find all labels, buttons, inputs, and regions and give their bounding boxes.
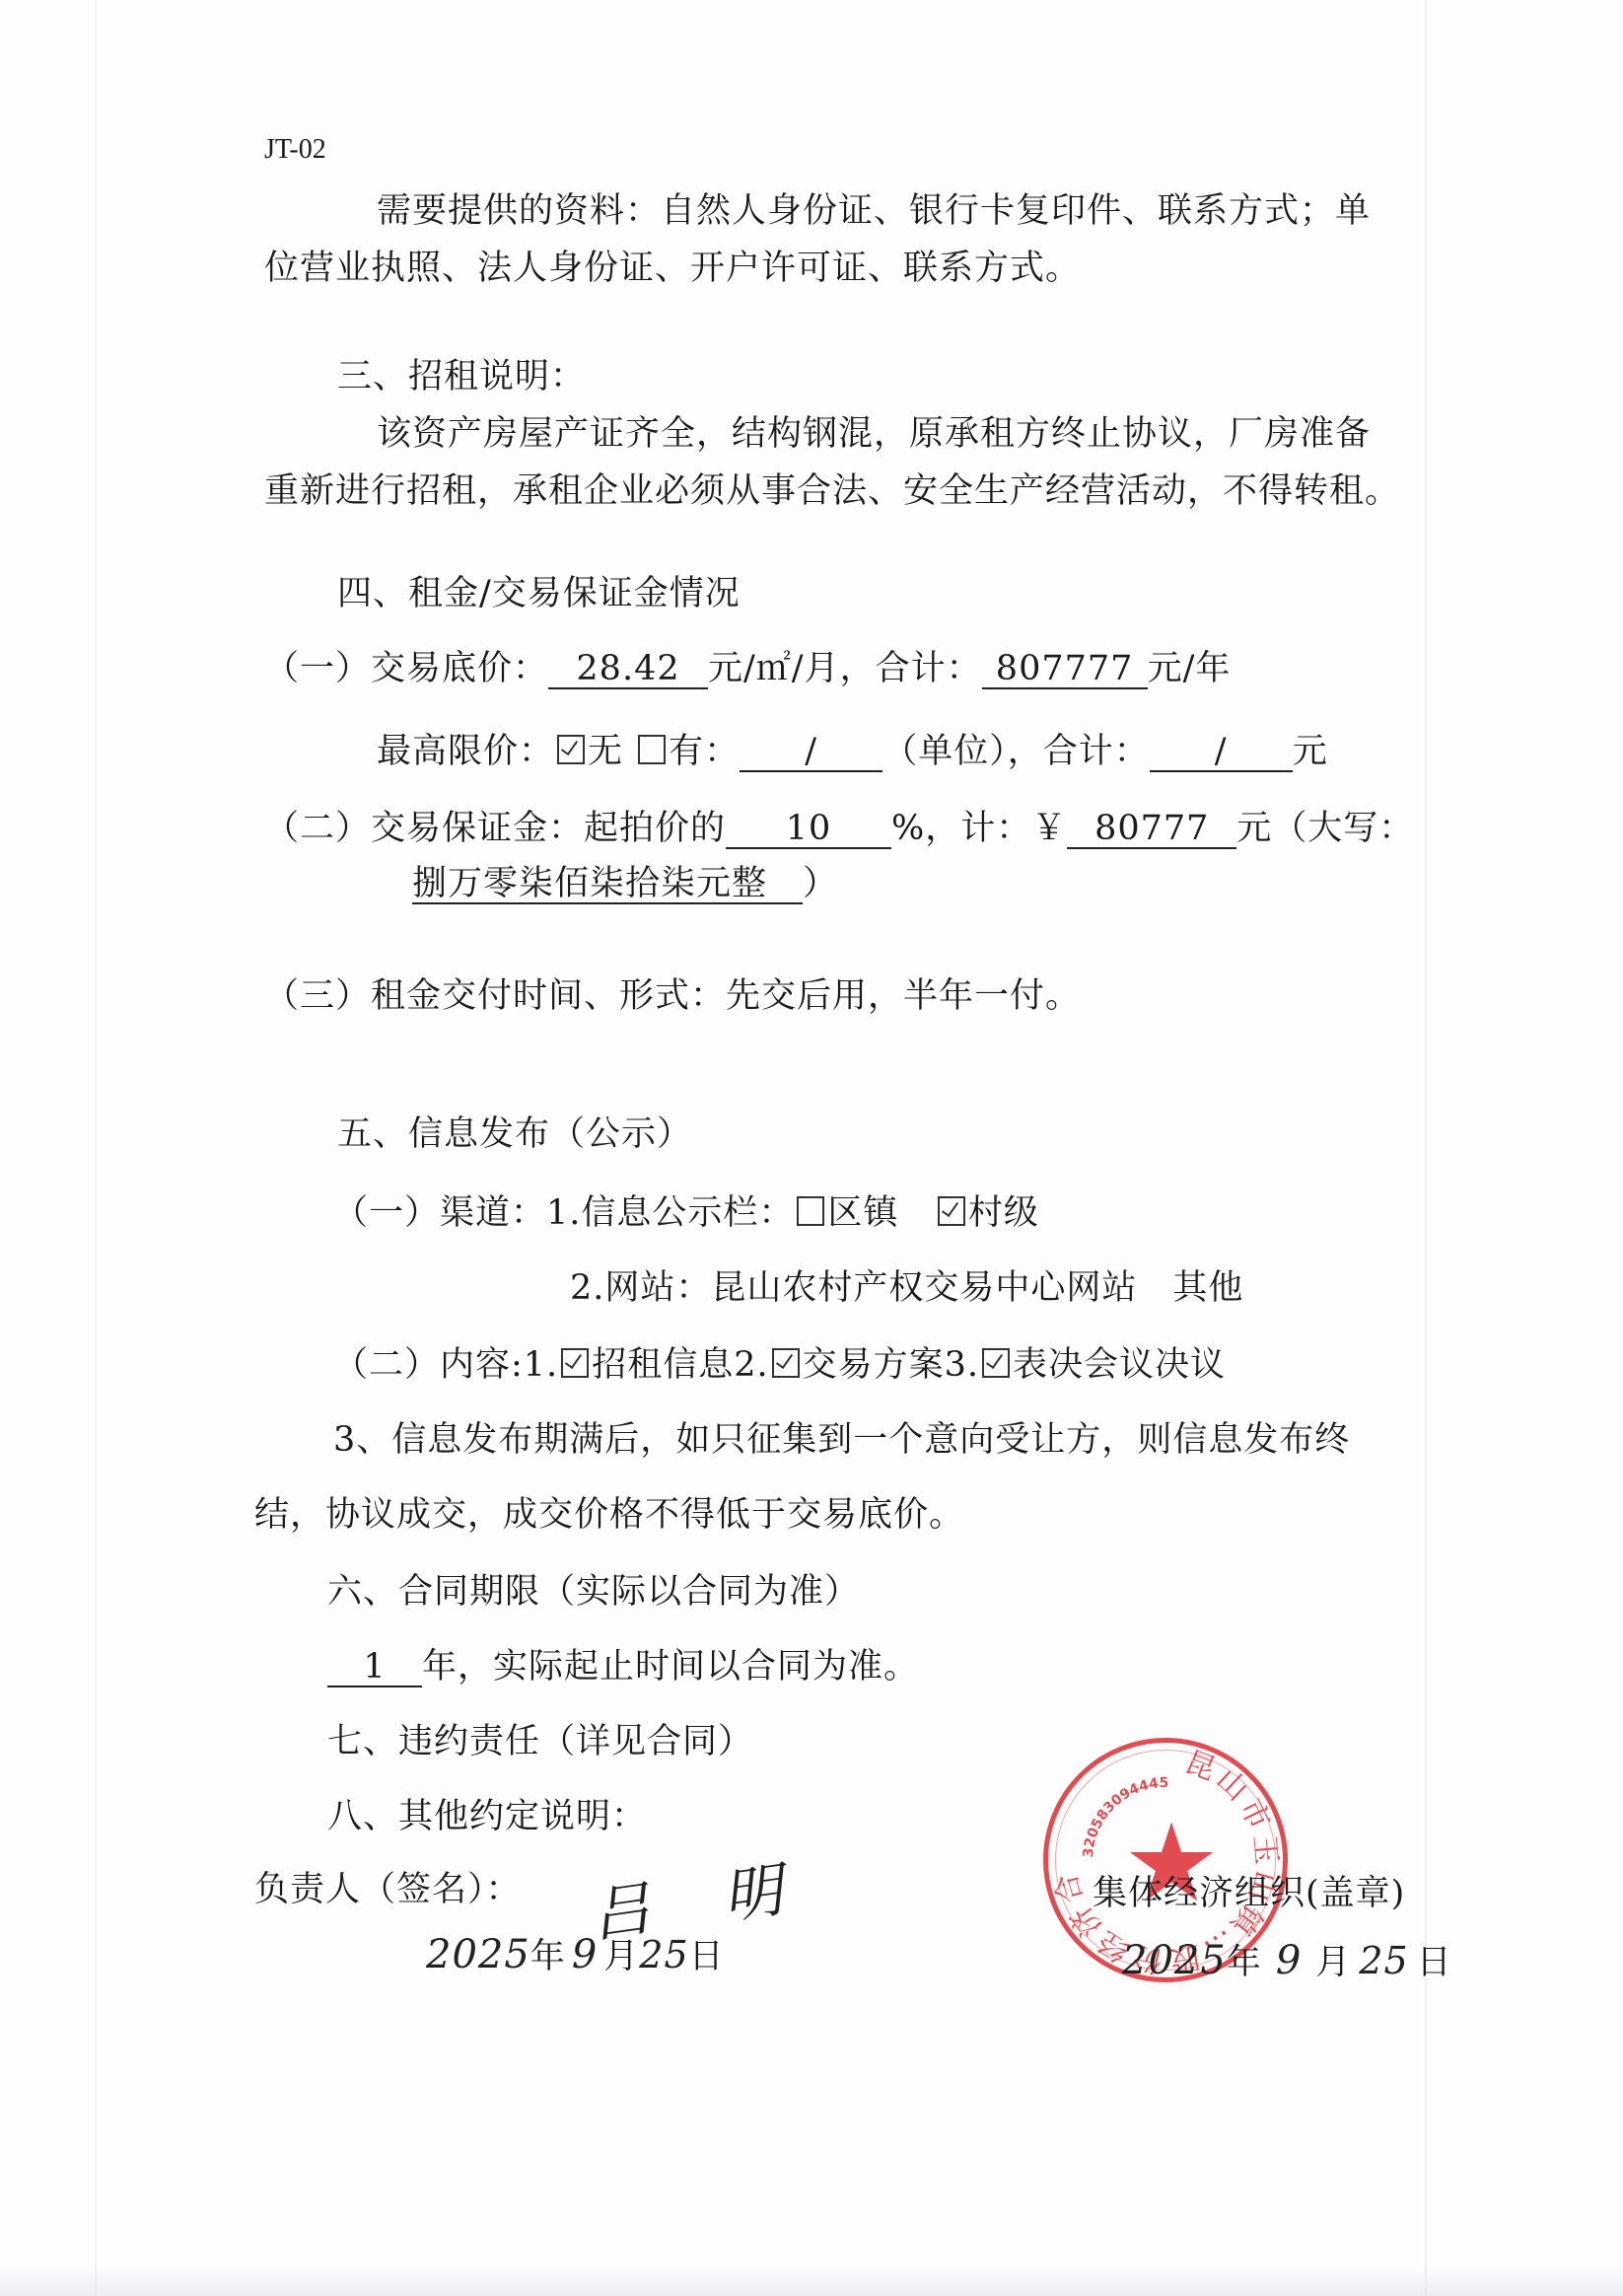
org-seal-label: 集体经济组织(盖章) (1093, 1872, 1405, 1915)
section-heading: 五、信息发布（公示） (337, 1112, 692, 1156)
unit-price-field[interactable]: 28.42 (548, 650, 708, 689)
base-price-row: （一）交易底价：28.42元/㎡/月，合计：807777元/年 (264, 647, 1231, 690)
paragraph-line: 该资产房屋产证齐全，结构钢混，原承租方终止协议，厂房准备 (377, 412, 1371, 456)
document-page: JT-02 需要提供的资料：自然人身份证、银行卡复印件、联系方式；单 位营业执照… (0, 0, 1623, 2296)
content-item-2-num: 2. (734, 1345, 768, 1385)
checkbox-rental-info-checked[interactable] (561, 1348, 589, 1378)
section-heading: 六、合同期限（实际以合同为准） (327, 1570, 860, 1614)
date-month-label: 月 (1315, 1943, 1351, 1982)
max-price-value-field[interactable]: / (740, 733, 882, 772)
deposit-mid: %，计：￥ (891, 809, 1067, 848)
deposit-amount-words-field[interactable]: 捌万零柒佰柒拾柒元整 (412, 865, 803, 904)
org-date: 2025年9月25日 (1122, 1939, 1452, 1984)
paragraph-line: 3、信息发布期满后，如只征集到一个意向受让方，则信息发布终 (333, 1418, 1350, 1462)
option-town-label: 区镇 (827, 1193, 898, 1233)
section-heading: 三、招租说明： (337, 355, 586, 398)
date-day: 25 (639, 1933, 688, 1976)
deposit-amount-field[interactable]: 80777 (1067, 810, 1236, 849)
checkbox-town-unchecked[interactable] (797, 1196, 824, 1226)
date-day-label: 日 (689, 1937, 725, 1976)
deposit-words-row: 捌万零柒佰柒拾柒元整） (412, 862, 838, 905)
paragraph-line: 重新进行招租，承租企业必须从事合法、安全生产经营活动，不得转租。 (264, 469, 1400, 513)
scan-shadow (0, 2266, 1623, 2296)
content-label: （二）内容:1. (333, 1345, 558, 1385)
option-none-label: 无 (588, 732, 623, 771)
checkbox-resolution-checked[interactable] (982, 1348, 1010, 1378)
term-years-field[interactable]: 1 (327, 1648, 422, 1687)
max-price-unit-note: （单位），合计： (882, 732, 1150, 771)
option-has-label: 有： (669, 732, 740, 771)
date-month-label: 月 (603, 1937, 639, 1976)
section-heading: 四、租金/交易保证金情况 (337, 572, 741, 615)
responsible-signature-label: 负责人（签名）： (254, 1868, 522, 1911)
section-heading: 七、违约责任（详见合同） (327, 1720, 753, 1763)
max-price-row: 最高限价：无 有：/（单位），合计：/元 (377, 730, 1328, 773)
website-channel: 2.网站：昆山农村产权交易中心网站 其他 (570, 1266, 1243, 1310)
date-month: 9 (566, 1932, 603, 1977)
base-price-label: （一）交易底价： (264, 649, 548, 688)
checkbox-village-checked[interactable] (938, 1196, 965, 1226)
date-month: 9 (1262, 1938, 1315, 1983)
content-item-3: 表决会议决议 (1013, 1345, 1226, 1385)
channels-row: （一）渠道：1.信息公示栏：区镇 村级 (333, 1191, 1039, 1235)
deposit-close: ） (803, 864, 838, 903)
deposit-suffix: 元（大写： (1236, 809, 1414, 848)
deposit-label: （二）交易保证金：起拍价的 (264, 809, 726, 848)
term-row: 1年，实际起止时间以合同为准。 (327, 1645, 919, 1688)
term-text: 年，实际起止时间以合同为准。 (422, 1647, 919, 1686)
channels-label: （一）渠道：1.信息公示栏： (333, 1193, 794, 1233)
paragraph-line: 结，协议成交，成交价格不得低于交易底价。 (254, 1493, 964, 1537)
deposit-row: （二）交易保证金：起拍价的10%，计：￥80777元（大写： (264, 807, 1414, 850)
date-day-label: 日 (1417, 1943, 1452, 1982)
date-year-label: 年 (1227, 1943, 1262, 1982)
max-price-total-unit: 元 (1293, 732, 1328, 771)
checkbox-has-unchecked[interactable] (638, 735, 666, 764)
date-year-label: 年 (530, 1937, 566, 1976)
max-price-total-field[interactable]: / (1150, 733, 1293, 772)
date-year: 2025 (1122, 1938, 1227, 1983)
date-day: 25 (1351, 1939, 1416, 1982)
responsible-date: 2025年9月25日 (426, 1933, 725, 1978)
content-row: （二）内容:1.招租信息2.交易方案3.表决会议决议 (333, 1343, 1226, 1387)
deposit-percent-field[interactable]: 10 (726, 810, 891, 849)
option-village-label: 村级 (968, 1193, 1039, 1233)
required-materials-line: 位营业执照、法人身份证、开户许可证、联系方式。 (264, 247, 1081, 290)
content-item-3-num: 3. (945, 1345, 979, 1385)
date-year: 2025 (426, 1932, 530, 1977)
content-item-2: 交易方案 (803, 1345, 945, 1385)
required-materials-line: 需要提供的资料：自然人身份证、银行卡复印件、联系方式；单 (377, 189, 1371, 233)
section-heading: 八、其他约定说明： (327, 1795, 647, 1838)
annual-total-unit: 元/年 (1148, 649, 1232, 688)
annual-total-field[interactable]: 807777 (982, 650, 1148, 689)
content-item-1: 招租信息 (592, 1345, 734, 1385)
checkbox-none-checked[interactable] (557, 735, 585, 764)
scan-edge (95, 0, 97, 2296)
document-code: JT-02 (264, 128, 326, 172)
checkbox-trade-plan-checked[interactable] (772, 1348, 800, 1378)
max-price-label: 最高限价： (377, 732, 554, 771)
unit-price-unit: 元/㎡/月，合计： (708, 649, 982, 688)
payment-terms: （三）租金交付时间、形式：先交后用，半年一付。 (264, 974, 1081, 1018)
